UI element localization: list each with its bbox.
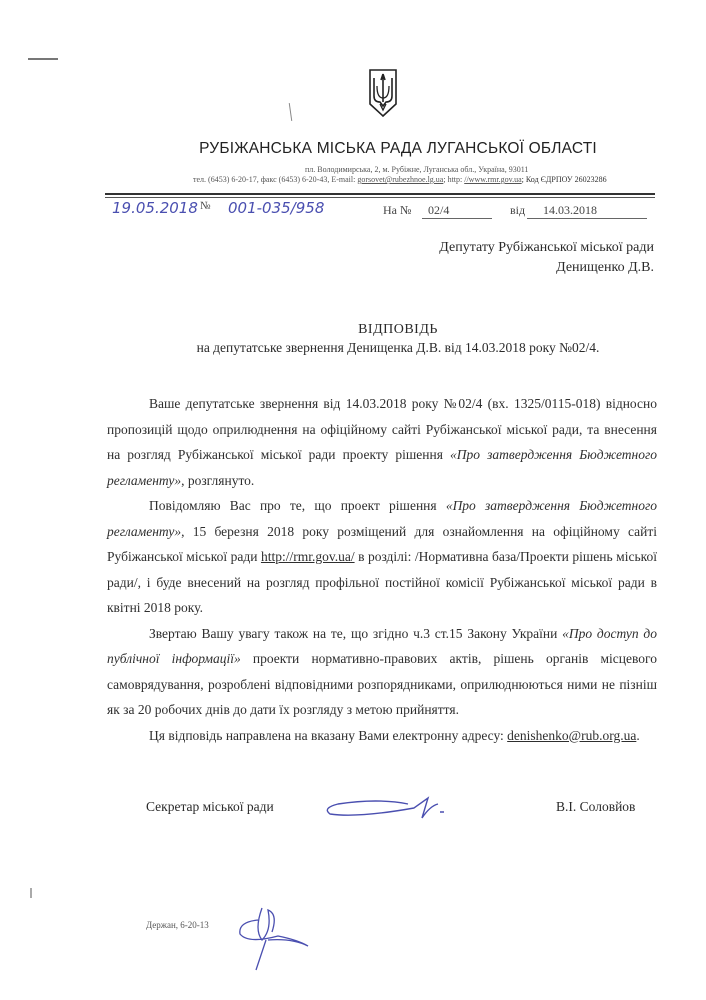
- document-title: ВІДПОВІДЬ: [0, 322, 706, 338]
- registration-date: 19.05.2018: [112, 199, 198, 217]
- signature-icon: [318, 792, 458, 822]
- header-divider-thick: [105, 193, 655, 195]
- signatory-name: В.І. Соловйов: [556, 799, 635, 815]
- registration-number-sign: №: [200, 200, 211, 212]
- approval-signature-icon: [228, 900, 318, 975]
- addressee-name: Денищенко Д.В.: [439, 258, 654, 278]
- email-link[interactable]: denishenko@rub.org.ua: [507, 728, 636, 743]
- letter-body: Ваше депутатське звернення від 14.03.201…: [107, 391, 657, 748]
- addressee-position: Депутату Рубіжанської міської ради: [439, 238, 654, 258]
- signatory-role: Секретар міської ради: [146, 799, 274, 815]
- margin-tick-mark: [30, 888, 32, 898]
- document-subtitle: на депутатське звернення Денищенка Д.В. …: [0, 340, 706, 356]
- address-line: пл. Володимирська, 2, м. Рубіжне, Луганс…: [305, 165, 528, 174]
- paragraph-2: Повідомляю Вас про те, що проект рішення…: [107, 493, 657, 621]
- paragraph-3: Звертаю Вашу увагу також на те, що згідн…: [107, 621, 657, 723]
- website-link[interactable]: http://rmr.gov.ua/: [261, 549, 355, 564]
- paragraph-1: Ваше депутатське звернення від 14.03.201…: [107, 391, 657, 493]
- executor-note: Держан, 6-20-13: [146, 920, 209, 930]
- contact-prefix: тел. (6453) 6-20-17, факс (6453) 6-20-43…: [193, 175, 357, 184]
- email-link[interactable]: gorsovet@rubezhnoe.lg.ua: [357, 175, 443, 184]
- registration-number: 001-035/958: [228, 199, 324, 217]
- organization-name: РУБІЖАНСЬКА МІСЬКА РАДА ЛУГАНСЬКОЇ ОБЛАС…: [0, 140, 706, 158]
- reference-date-label: від: [510, 203, 525, 218]
- contact-line: тел. (6453) 6-20-17, факс (6453) 6-20-43…: [193, 175, 607, 184]
- reference-date: 14.03.2018: [527, 203, 647, 219]
- paragraph-4: Ця відповідь направлена на вказану Вами …: [107, 723, 657, 749]
- reference-number: 02/4: [422, 203, 492, 219]
- contact-mid: ; http:: [443, 175, 464, 184]
- addressee-block: Депутату Рубіжанської міської ради Денищ…: [439, 238, 654, 278]
- ukraine-trident-icon: [368, 68, 398, 118]
- website-link[interactable]: //www.rmr.gov.ua: [464, 175, 521, 184]
- reference-label: На №: [383, 203, 411, 218]
- header-divider-thin: [105, 197, 655, 198]
- pen-mark: [289, 103, 292, 121]
- edrpou-code: ; Код ЄДРПОУ 26023286: [522, 175, 607, 184]
- margin-dash-mark: [28, 58, 58, 60]
